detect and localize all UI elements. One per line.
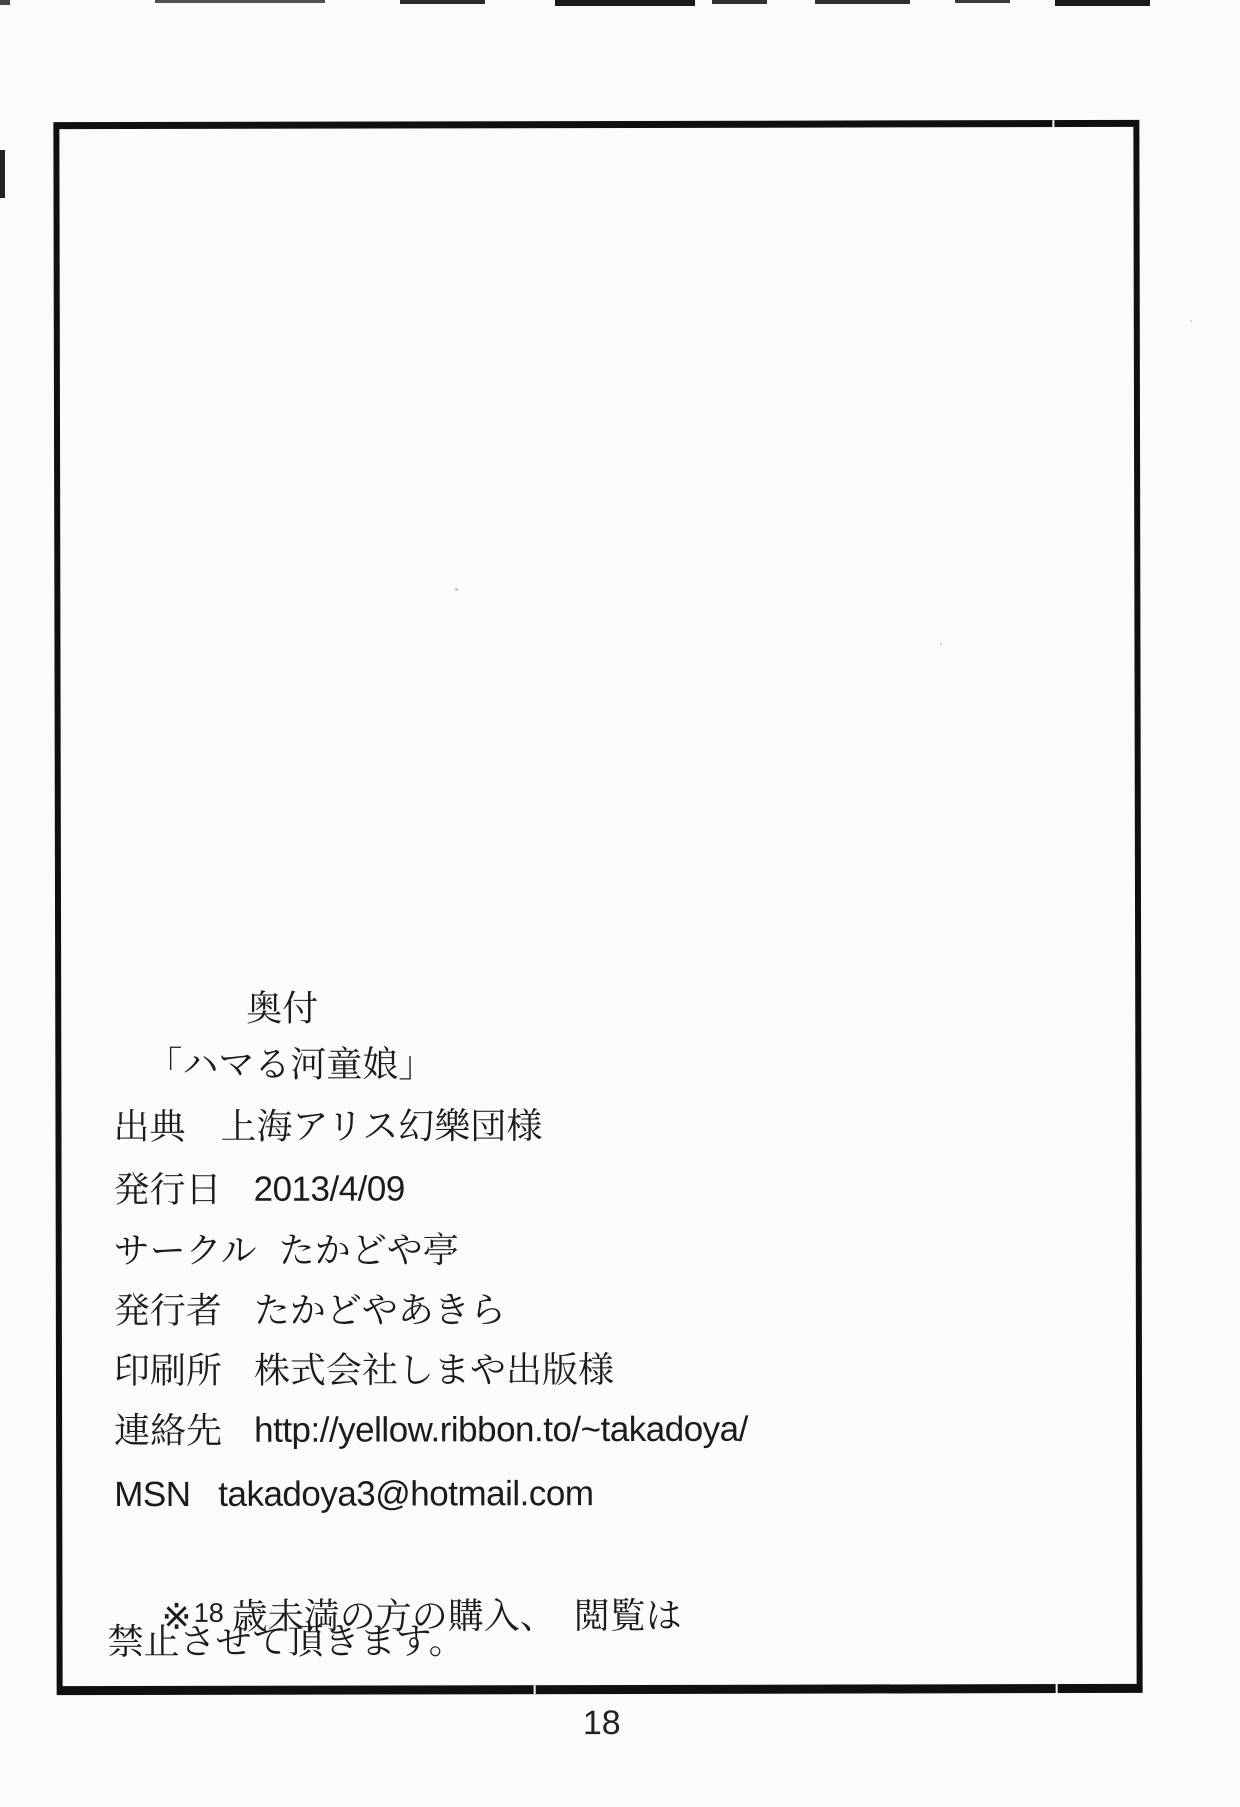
age-restriction-notice-line2: 禁止させて頂きます。 xyxy=(108,1621,465,1662)
row-value: たかどやあきら xyxy=(254,1290,506,1331)
scanned-colophon-page: 奥付 「ハマる河童娘」 出典 上海アリス幻樂団様 発行日 2013/4/09 サ… xyxy=(0,0,1240,1807)
work-title: 「ハマる河童娘」 xyxy=(146,1044,434,1085)
row-label: サークル xyxy=(114,1231,279,1271)
row-value: 2013/4/09 xyxy=(254,1169,405,1209)
colophon-row-publish-date: 発行日 2013/4/09 xyxy=(114,1169,405,1210)
page-number: 18 xyxy=(557,1704,647,1742)
row-value: 上海アリス幻樂団様 xyxy=(220,1106,542,1147)
row-value: たかどや亭 xyxy=(279,1230,459,1270)
colophon-row-circle: サークル たかどや亭 xyxy=(114,1230,459,1271)
colophon-row-msn: MSN takadoya3@hotmail.com xyxy=(114,1474,593,1515)
row-label: 発行者 xyxy=(114,1291,254,1331)
scan-artifact xyxy=(534,1685,536,1694)
colophon-row-publisher: 発行者 たかどやあきら xyxy=(114,1290,506,1331)
row-label: 印刷所 xyxy=(114,1351,254,1391)
row-label: 発行日 xyxy=(114,1170,254,1210)
scan-artifact xyxy=(1052,120,1054,127)
page-content: 奥付 「ハマる河童娘」 出典 上海アリス幻樂団様 発行日 2013/4/09 サ… xyxy=(0,0,1240,1807)
row-label: 連絡先 xyxy=(114,1411,254,1451)
scan-artifact xyxy=(1056,1684,1058,1693)
contact-url: http://yellow.ribbon.to/~takadoya/ xyxy=(254,1410,748,1451)
row-label: 出典 xyxy=(113,1107,220,1147)
row-value: 株式会社しまや出版様 xyxy=(254,1350,614,1391)
msn-email: takadoya3@hotmail.com xyxy=(218,1474,593,1515)
colophon-row-source: 出典 上海アリス幻樂団様 xyxy=(113,1106,542,1147)
colophon-border-box xyxy=(53,120,1142,1695)
colophon-row-contact: 連絡先 http://yellow.ribbon.to/~takadoya/ xyxy=(114,1410,748,1451)
row-label: MSN xyxy=(114,1475,218,1515)
colophon-heading: 奥付 xyxy=(246,989,318,1029)
colophon-row-printer: 印刷所 株式会社しまや出版様 xyxy=(114,1350,614,1391)
